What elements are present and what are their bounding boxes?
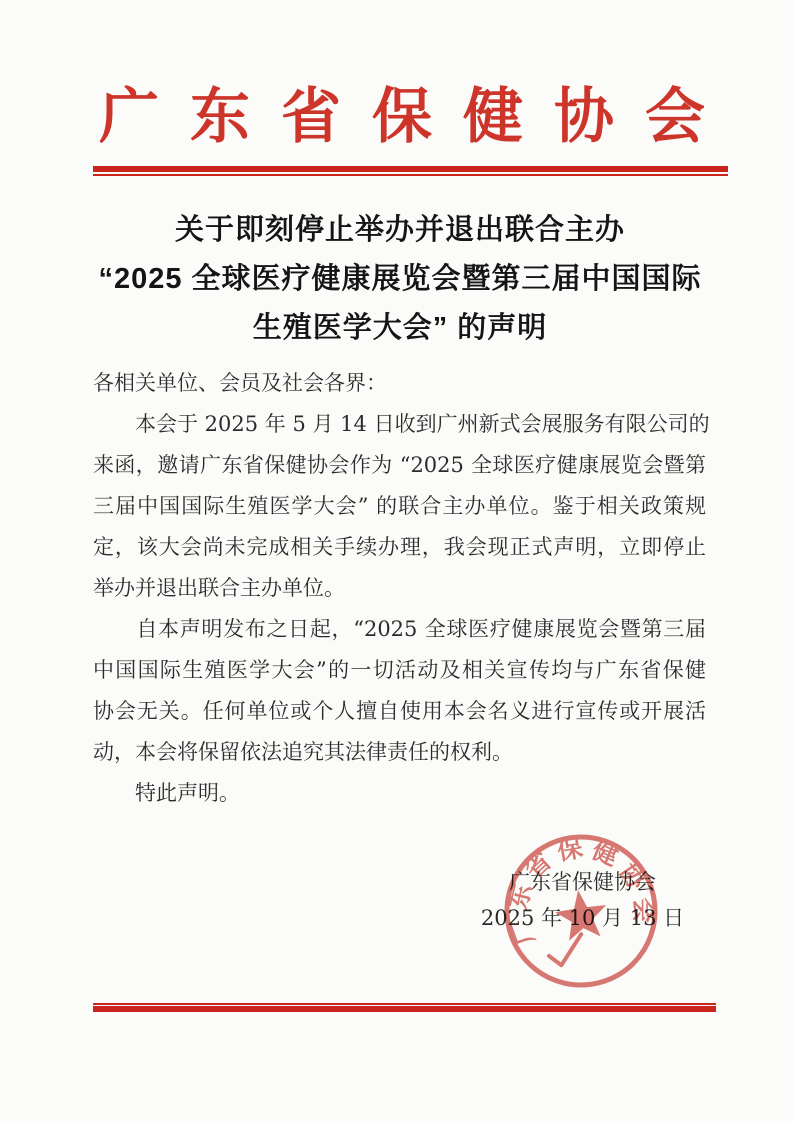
body-line: 协会无关。任何单位或个人擅自使用本会名义进行宣传或开展活 xyxy=(93,691,706,732)
document-title-line: “2025 全球医疗健康展览会暨第三届中国国际 xyxy=(93,255,707,304)
document-title: 关于即刻停止举办并退出联合主办“2025 全球医疗健康展览会暨第三届中国国际生殖… xyxy=(93,206,707,353)
document-title-line: 生殖医学大会” 的声明 xyxy=(93,304,707,353)
separator-thick-line xyxy=(93,1006,716,1012)
letterhead-char: 会 xyxy=(645,81,705,153)
body-line: 中国国际生殖医学大会”的一切活动及相关宣传均与广东省保健 xyxy=(93,650,706,691)
separator-thick-line xyxy=(93,166,728,172)
document-body: 各相关单位、会员及社会各界： 本会于 2025 年 5 月 14 日收到广州新式… xyxy=(93,363,706,814)
body-line: 自本声明发布之日起，“2025 全球医疗健康展览会暨第三届 xyxy=(93,609,706,650)
body-line: 定，该大会尚未完成相关手续办理，我会现正式声明，立即停止 xyxy=(93,527,706,568)
red-separator-top xyxy=(93,166,728,176)
body-line: 动，本会将保留依法追究其法律责任的权利。 xyxy=(93,732,706,773)
letterhead-char: 保 xyxy=(372,81,432,153)
body-line: 特此声明。 xyxy=(93,773,706,814)
separator-thin-line xyxy=(93,1003,716,1005)
letterhead-char: 广 xyxy=(99,81,159,153)
body-line: 举办并退出联合主办单位。 xyxy=(93,568,706,609)
red-separator-bottom xyxy=(93,1003,716,1012)
document-page: 广东省保健协会 关于即刻停止举办并退出联合主办“2025 全球医疗健康展览会暨第… xyxy=(0,0,793,1121)
letterhead-char: 健 xyxy=(463,81,523,153)
body-line: 三届中国国际生殖医学大会” 的联合主办单位。鉴于相关政策规 xyxy=(93,486,706,527)
document-title-line: 关于即刻停止举办并退出联合主办 xyxy=(93,206,707,255)
body-line: 本会于 2025 年 5 月 14 日收到广州新式会展服务有限公司的 xyxy=(93,404,706,445)
letterhead-char: 协 xyxy=(554,81,614,153)
body-line: 来函，邀请广东省保健协会作为 “2025 全球医疗健康展览会暨第 xyxy=(93,445,706,486)
body-line: 各相关单位、会员及社会各界： xyxy=(93,363,706,404)
check-icon xyxy=(547,934,586,967)
seal-graphic: 广东省保健协会 xyxy=(488,818,673,1003)
letterhead-char: 省 xyxy=(281,81,341,153)
separator-thin-line xyxy=(93,174,728,176)
letterhead-char: 东 xyxy=(190,81,250,153)
official-seal: 广东省保健协会 xyxy=(488,818,673,1003)
letterhead-org-name: 广东省保健协会 xyxy=(99,81,705,153)
